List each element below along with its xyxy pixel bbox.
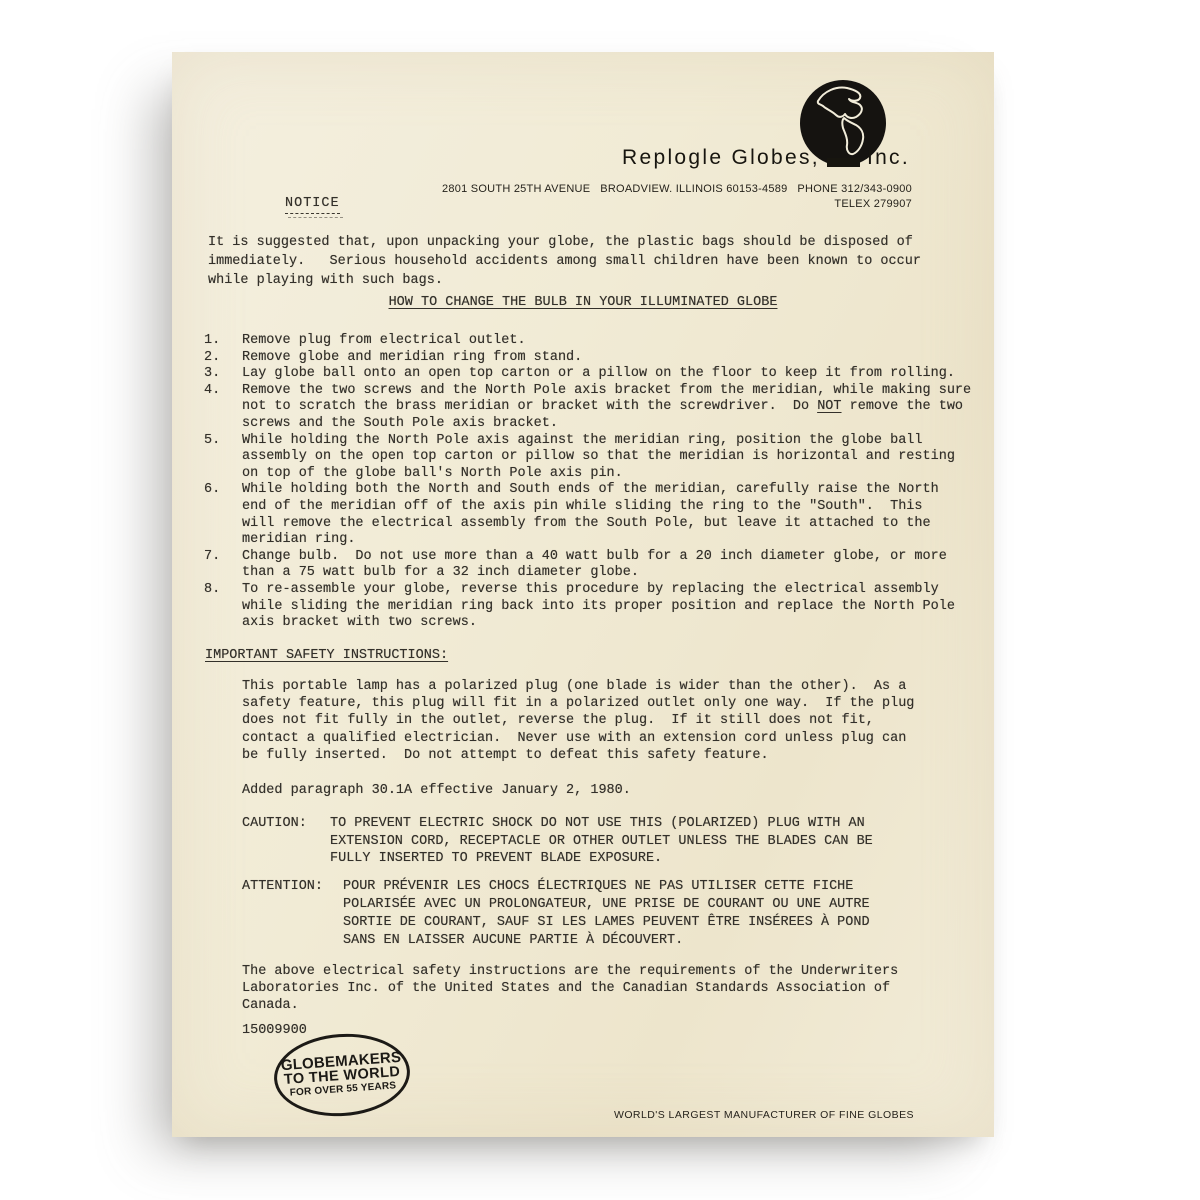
- company-name-right: Inc.: [867, 146, 910, 170]
- instruction-number: 6.: [204, 482, 242, 548]
- instruction-text: Lay globe ball onto an open top carton o…: [242, 366, 955, 383]
- footer-tagline: WORLD'S LARGEST MANUFACTURER OF FINE GLO…: [614, 1109, 914, 1121]
- instruction-item: 7.Change bulb. Do not use more than a 40…: [204, 549, 971, 582]
- intro-paragraph: It is suggested that, upon unpacking you…: [208, 233, 921, 290]
- instruction-number: 5.: [204, 433, 242, 483]
- added-paragraph-note: Added paragraph 30.1A effective January …: [242, 783, 631, 798]
- instruction-number: 2.: [204, 350, 242, 367]
- caution-label: CAUTION:: [242, 815, 330, 868]
- notice-document-paper: Replogle Globes, Inc. 2801 SOUTH 25TH AV…: [172, 52, 994, 1137]
- instruction-text: While holding the North Pole axis agains…: [242, 433, 955, 483]
- instruction-text: Remove the two screws and the North Pole…: [242, 383, 971, 433]
- instruction-item: 6.While holding both the North and South…: [204, 482, 971, 548]
- attention-label: ATTENTION:: [242, 878, 343, 950]
- part-number: 15009900: [242, 1023, 307, 1038]
- instruction-text: To re-assemble your globe, reverse this …: [242, 582, 955, 632]
- instruction-number: 8.: [204, 582, 242, 632]
- instruction-text: Change bulb. Do not use more than a 40 w…: [242, 549, 947, 582]
- instruction-item: 1.Remove plug from electrical outlet.: [204, 333, 971, 350]
- attention-block: ATTENTION: POUR PRÉVENIR LES CHOCS ÉLECT…: [242, 878, 870, 950]
- instruction-text: Remove globe and meridian ring from stan…: [242, 350, 582, 367]
- safety-heading: IMPORTANT SAFETY INSTRUCTIONS:: [205, 648, 448, 663]
- instruction-number: 1.: [204, 333, 242, 350]
- company-name-left: Replogle Globes,: [622, 146, 820, 170]
- safety-paragraph: This portable lamp has a polarized plug …: [242, 678, 914, 764]
- company-name: Replogle Globes, Inc.: [622, 146, 910, 170]
- notice-label: NOTICE: [285, 196, 340, 214]
- bulb-section-heading: HOW TO CHANGE THE BULB IN YOUR ILLUMINAT…: [172, 295, 994, 310]
- instruction-text: Remove plug from electrical outlet.: [242, 333, 526, 350]
- instructions-list: 1.Remove plug from electrical outlet.2.R…: [204, 333, 971, 632]
- telex-line: TELEX 279907: [834, 198, 912, 210]
- instruction-item: 8.To re-assemble your globe, reverse thi…: [204, 582, 971, 632]
- instruction-number: 7.: [204, 549, 242, 582]
- instruction-item: 2.Remove globe and meridian ring from st…: [204, 350, 971, 367]
- instruction-text: While holding both the North and South e…: [242, 482, 939, 548]
- address-line: 2801 SOUTH 25TH AVENUE BROADVIEW. ILLINO…: [442, 183, 912, 195]
- instruction-item: 4.Remove the two screws and the North Po…: [204, 383, 971, 433]
- caution-block: CAUTION: TO PREVENT ELECTRIC SHOCK DO NO…: [242, 815, 873, 868]
- photo-background: { "colors": { "paper": "#f1ebd5", "ink":…: [0, 0, 1200, 1200]
- caution-text: TO PREVENT ELECTRIC SHOCK DO NOT USE THI…: [330, 815, 873, 868]
- instruction-item: 5.While holding the North Pole axis agai…: [204, 433, 971, 483]
- instruction-number: 4.: [204, 383, 242, 433]
- logo-bar: [827, 158, 860, 167]
- closing-paragraph: The above electrical safety instructions…: [242, 963, 898, 1014]
- instruction-number: 3.: [204, 366, 242, 383]
- globemakers-stamp: GLOBEMAKERS TO THE WORLD FOR OVER 55 YEA…: [271, 1029, 412, 1120]
- attention-text: POUR PRÉVENIR LES CHOCS ÉLECTRIQUES NE P…: [343, 878, 870, 950]
- instruction-item: 3.Lay globe ball onto an open top carton…: [204, 366, 971, 383]
